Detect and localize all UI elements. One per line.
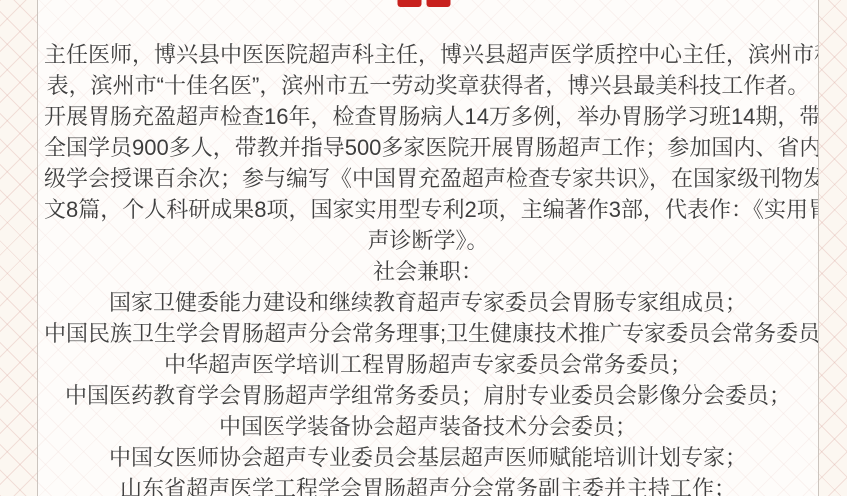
page-background: { "theme": { "page_bg": "#fcf7f1", "latt… bbox=[0, 0, 847, 496]
article-body: 主任医师，博兴县中医医院超声科主任，博兴县超声医学质控中心主任，滨州市科协代 表… bbox=[44, 0, 812, 496]
text-line: 级学会授课百余次；参与编写《中国胃充盈超声检查专家共识》，在国家级刊物发表论 bbox=[44, 163, 812, 194]
text-line: 开展胃肠充盈超声检查16年，检查胃肠病人14万多例，举办胃肠学习班14期，带教来… bbox=[44, 101, 812, 132]
text-line: 中国女医师协会超声专业委员会基层超声医师赋能培训计划专家； bbox=[44, 442, 812, 473]
text-line: 中国医学装备协会超声装备技术分会委员； bbox=[44, 411, 812, 442]
text-line: 中国医药教育学会胃肠超声学组常务委员；肩肘专业委员会影像分会委员； bbox=[44, 380, 812, 411]
text-line: 声诊断学》。 bbox=[44, 225, 812, 256]
text-line: 中国民族卫生学会胃肠超声分会常务理事;卫生健康技术推广专家委员会常务委员； bbox=[44, 318, 812, 349]
text-line: 表，滨州市“十佳名医”，滨州市五一劳动奖章获得者，博兴县最美科技工作者。 bbox=[44, 70, 812, 101]
quote-icon-right-bar bbox=[426, 0, 450, 7]
text-line: 主任医师，博兴县中医医院超声科主任，博兴县超声医学质控中心主任，滨州市科协代 bbox=[44, 39, 812, 70]
text-line: 中华超声医学培训工程胃肠超声专家委员会常务委员； bbox=[44, 349, 812, 380]
text-line: 文8篇，个人科研成果8项，国家实用型专利2项，主编著作3部，代表作：《实用胃肠超 bbox=[44, 194, 812, 225]
article-card: 主任医师，博兴县中医医院超声科主任，博兴县超声医学质控中心主任，滨州市科协代 表… bbox=[37, 0, 819, 496]
quote-icon-left-bar bbox=[397, 0, 421, 7]
text-line: 山东省超声医学工程学会胃肠超声分会常务副主委并主持工作； bbox=[44, 473, 812, 496]
text-line: 全国学员900多人，带教并指导500多家医院开展胃肠超声工作；参加国内、省内、地… bbox=[44, 132, 812, 163]
quote-icon bbox=[397, 0, 450, 7]
text-line: 国家卫健委能力建设和继续教育超声专家委员会胃肠专家组成员； bbox=[44, 287, 812, 318]
section-heading: 社会兼职： bbox=[44, 256, 812, 287]
